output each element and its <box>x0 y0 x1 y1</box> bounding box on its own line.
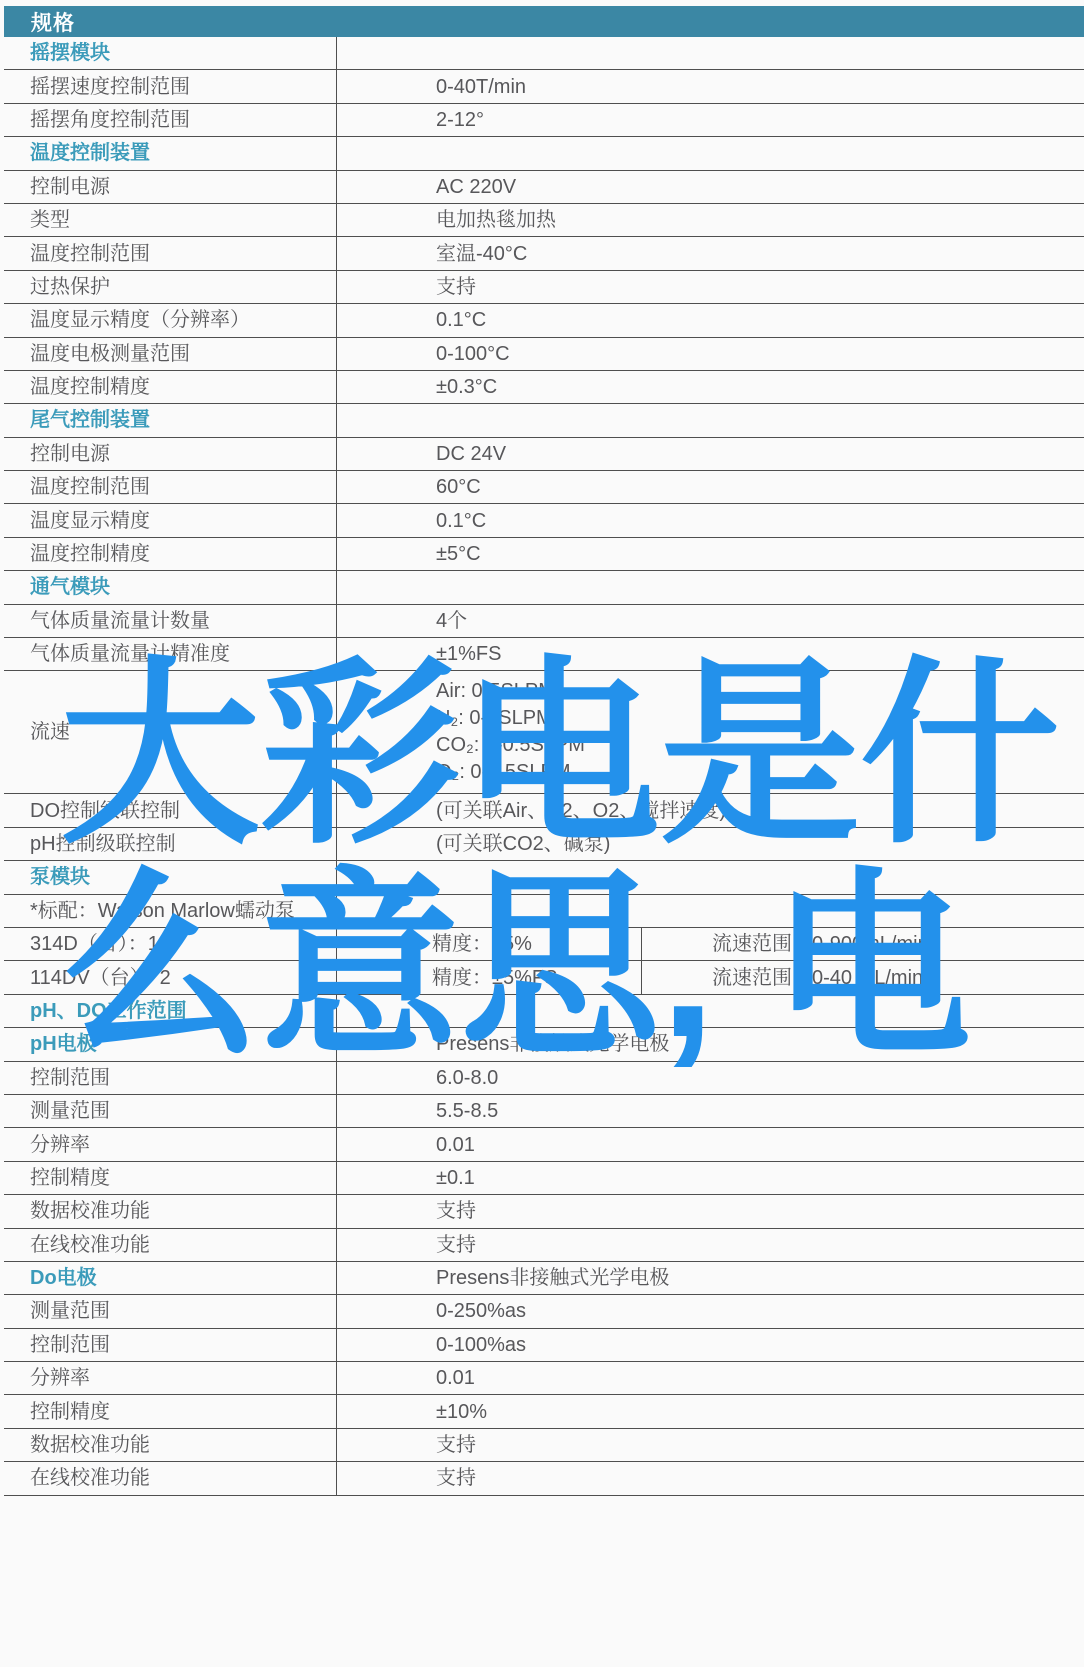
spec-label: 分辨率 <box>4 1362 336 1394</box>
table-row: 分辨率0.01 <box>4 1362 1084 1395</box>
spec-label: 在线校准功能 <box>4 1462 336 1494</box>
spec-value <box>336 995 1084 1027</box>
spec-value: 60°C <box>336 471 1084 503</box>
spec-value: 6.0-8.0 <box>336 1062 1084 1094</box>
table-row: 温度控制精度±0.3°C <box>4 371 1084 404</box>
spec-label: 控制精度 <box>4 1162 336 1194</box>
spec-value: 支持 <box>336 1429 1084 1461</box>
table-row: 控制范围0-100%as <box>4 1329 1084 1362</box>
spec-value: 0-40T/min <box>336 70 1084 102</box>
table-row: 摇摆速度控制范围0-40T/min <box>4 70 1084 103</box>
table-row: 过热保护支持 <box>4 271 1084 304</box>
section-label: 温度控制装置 <box>4 137 336 169</box>
spec-value: 0-100°C <box>336 338 1084 370</box>
table-row: 测量范围5.5-8.5 <box>4 1095 1084 1128</box>
section-label: 泵模块 <box>4 861 336 893</box>
spec-value: 0.01 <box>336 1362 1084 1394</box>
table-row: 泵模块 <box>4 861 1084 894</box>
spec-label: 温度控制精度 <box>4 538 336 570</box>
spec-label: 控制电源 <box>4 171 336 203</box>
spec-value: 室温-40°C <box>336 237 1084 269</box>
spec-value: 0.01 <box>336 1128 1084 1160</box>
section-label: 通气模块 <box>4 571 336 603</box>
spec-value: (可关联Air、N2、O2、搅拌速度) <box>336 794 1084 826</box>
table-row: 控制电源AC 220V <box>4 171 1084 204</box>
spec-label: 摇摆角度控制范围 <box>4 104 336 136</box>
table-row: 数据校准功能支持 <box>4 1429 1084 1462</box>
table-row: 测量范围0-250%as <box>4 1295 1084 1328</box>
table-row: 温度控制范围室温-40°C <box>4 237 1084 270</box>
table-header-bar: 规格 <box>4 6 1084 37</box>
table-title: 规格 <box>31 7 75 37</box>
table-row: *标配：Watson Marlow蠕动泵 <box>4 895 1084 928</box>
spec-label: 114DV（台）：2 <box>4 961 336 993</box>
spec-label: 过热保护 <box>4 271 336 303</box>
spec-sheet-page: 规格 摇摆模块摇摆速度控制范围0-40T/min摇摆角度控制范围2-12°温度控… <box>0 0 1084 1667</box>
spec-value: ±0.1 <box>336 1162 1084 1194</box>
spec-label: 温度控制精度 <box>4 371 336 403</box>
spec-value: 支持 <box>336 1195 1084 1227</box>
spec-label: 温度显示精度（分辨率） <box>4 304 336 336</box>
spec-table: 摇摆模块摇摆速度控制范围0-40T/min摇摆角度控制范围2-12°温度控制装置… <box>4 37 1084 1496</box>
spec-value: DC 24V <box>336 438 1084 470</box>
flow-rate-line: Air: 0-5SLPM <box>436 678 555 705</box>
section-label: 摇摆模块 <box>4 37 336 69</box>
spec-label: 在线校准功能 <box>4 1229 336 1261</box>
spec-value: ±0.3°C <box>336 371 1084 403</box>
table-row: 控制精度±0.1 <box>4 1162 1084 1195</box>
spec-value: 精度：±5% <box>336 928 641 960</box>
section-label: 尾气控制装置 <box>4 404 336 436</box>
spec-label: DO控制级联控制 <box>4 794 336 826</box>
spec-label: Do电极 <box>4 1262 336 1294</box>
section-label: pH、DO工作范围 <box>4 995 336 1027</box>
spec-label: 摇摆速度控制范围 <box>4 70 336 102</box>
table-row: 数据校准功能支持 <box>4 1195 1084 1228</box>
spec-value: 5.5-8.5 <box>336 1095 1084 1127</box>
spec-label: 控制电源 <box>4 438 336 470</box>
table-row: 通气模块 <box>4 571 1084 604</box>
table-row: Do电极Presens非接触式光学电极 <box>4 1262 1084 1295</box>
spec-label: 温度显示精度 <box>4 504 336 536</box>
spec-value <box>336 895 1084 927</box>
flow-rate-line: N₂: 0-5SLPM <box>436 705 553 732</box>
spec-value: 电加热毯加热 <box>336 204 1084 236</box>
table-row: 114DV（台）：2精度：±5%FS流速范围：0-40 mL/min <box>4 961 1084 994</box>
spec-value <box>336 861 1084 893</box>
spec-value: (可关联CO2、碱泵) <box>336 828 1084 860</box>
spec-value: 流速范围：0-900mL/min <box>641 928 1084 960</box>
table-row: 温度控制范围60°C <box>4 471 1084 504</box>
table-row: 气体质量流量计精准度±1%FS <box>4 638 1084 671</box>
spec-value: 支持 <box>336 1229 1084 1261</box>
table-row: 温度电极测量范围0-100°C <box>4 338 1084 371</box>
spec-value: 0-100%as <box>336 1329 1084 1361</box>
table-row: 分辨率0.01 <box>4 1128 1084 1161</box>
spec-value: 2-12° <box>336 104 1084 136</box>
spec-label: 类型 <box>4 204 336 236</box>
spec-value: 精度：±5%FS <box>336 961 641 993</box>
spec-value: 0-250%as <box>336 1295 1084 1327</box>
spec-value: 4个 <box>336 605 1084 637</box>
flow-rate-line: O₂: 0-0.5SLPM <box>436 759 570 786</box>
spec-value: 0.1°C <box>336 504 1084 536</box>
spec-label: pH电极 <box>4 1028 336 1060</box>
spec-value <box>336 37 1084 69</box>
spec-label: 温度电极测量范围 <box>4 338 336 370</box>
table-row: 314D（台）：1精度：±5%流速范围：0-900mL/min <box>4 928 1084 961</box>
spec-label: 数据校准功能 <box>4 1429 336 1461</box>
table-row: pH、DO工作范围 <box>4 995 1084 1028</box>
table-row: 控制电源DC 24V <box>4 438 1084 471</box>
spec-value: AC 220V <box>336 171 1084 203</box>
table-row: 温度显示精度0.1°C <box>4 504 1084 537</box>
spec-value: 流速范围：0-40 mL/min <box>641 961 1084 993</box>
spec-label: *标配：Watson Marlow蠕动泵 <box>4 895 336 927</box>
spec-label: 气体质量流量计精准度 <box>4 638 336 670</box>
spec-label: 分辨率 <box>4 1128 336 1160</box>
table-row: 流速Air: 0-5SLPMN₂: 0-5SLPMCO₂: 0-0.5SLPMO… <box>4 671 1084 794</box>
table-row: DO控制级联控制(可关联Air、N2、O2、搅拌速度) <box>4 794 1084 827</box>
spec-value: 支持 <box>336 271 1084 303</box>
table-row: 温度控制精度±5°C <box>4 538 1084 571</box>
table-row: 在线校准功能支持 <box>4 1229 1084 1262</box>
spec-value: ±1%FS <box>336 638 1084 670</box>
table-row: pH控制级联控制(可关联CO2、碱泵) <box>4 828 1084 861</box>
spec-label: 控制精度 <box>4 1395 336 1427</box>
table-row: 温度显示精度（分辨率）0.1°C <box>4 304 1084 337</box>
table-row: 类型电加热毯加热 <box>4 204 1084 237</box>
spec-label: pH控制级联控制 <box>4 828 336 860</box>
spec-value <box>336 571 1084 603</box>
table-row: 控制精度±10% <box>4 1395 1084 1428</box>
table-row: 温度控制装置 <box>4 137 1084 170</box>
table-row: 尾气控制装置 <box>4 404 1084 437</box>
spec-label: 测量范围 <box>4 1095 336 1127</box>
spec-label: 控制范围 <box>4 1329 336 1361</box>
spec-value: ±5°C <box>336 538 1084 570</box>
spec-label: 温度控制范围 <box>4 237 336 269</box>
spec-label: 流速 <box>4 671 336 793</box>
table-row: pH电极Presens非接触式光学电极 <box>4 1028 1084 1061</box>
spec-label: 温度控制范围 <box>4 471 336 503</box>
spec-value <box>336 404 1084 436</box>
spec-value: 0.1°C <box>336 304 1084 336</box>
spec-value: Presens非接触式光学电极 <box>336 1028 1084 1060</box>
spec-label: 气体质量流量计数量 <box>4 605 336 637</box>
spec-label: 数据校准功能 <box>4 1195 336 1227</box>
spec-value <box>336 137 1084 169</box>
spec-label: 314D（台）：1 <box>4 928 336 960</box>
spec-value: ±10% <box>336 1395 1084 1427</box>
spec-value: Presens非接触式光学电极 <box>336 1262 1084 1294</box>
spec-value: Air: 0-5SLPMN₂: 0-5SLPMCO₂: 0-0.5SLPMO₂:… <box>336 671 1084 793</box>
spec-value: 支持 <box>336 1462 1084 1494</box>
table-row: 控制范围6.0-8.0 <box>4 1062 1084 1095</box>
table-row: 摇摆模块 <box>4 37 1084 70</box>
spec-label: 控制范围 <box>4 1062 336 1094</box>
table-row: 在线校准功能支持 <box>4 1462 1084 1495</box>
table-row: 气体质量流量计数量4个 <box>4 605 1084 638</box>
spec-label: 测量范围 <box>4 1295 336 1327</box>
flow-rate-line: CO₂: 0-0.5SLPM <box>436 732 585 759</box>
table-row: 摇摆角度控制范围2-12° <box>4 104 1084 137</box>
